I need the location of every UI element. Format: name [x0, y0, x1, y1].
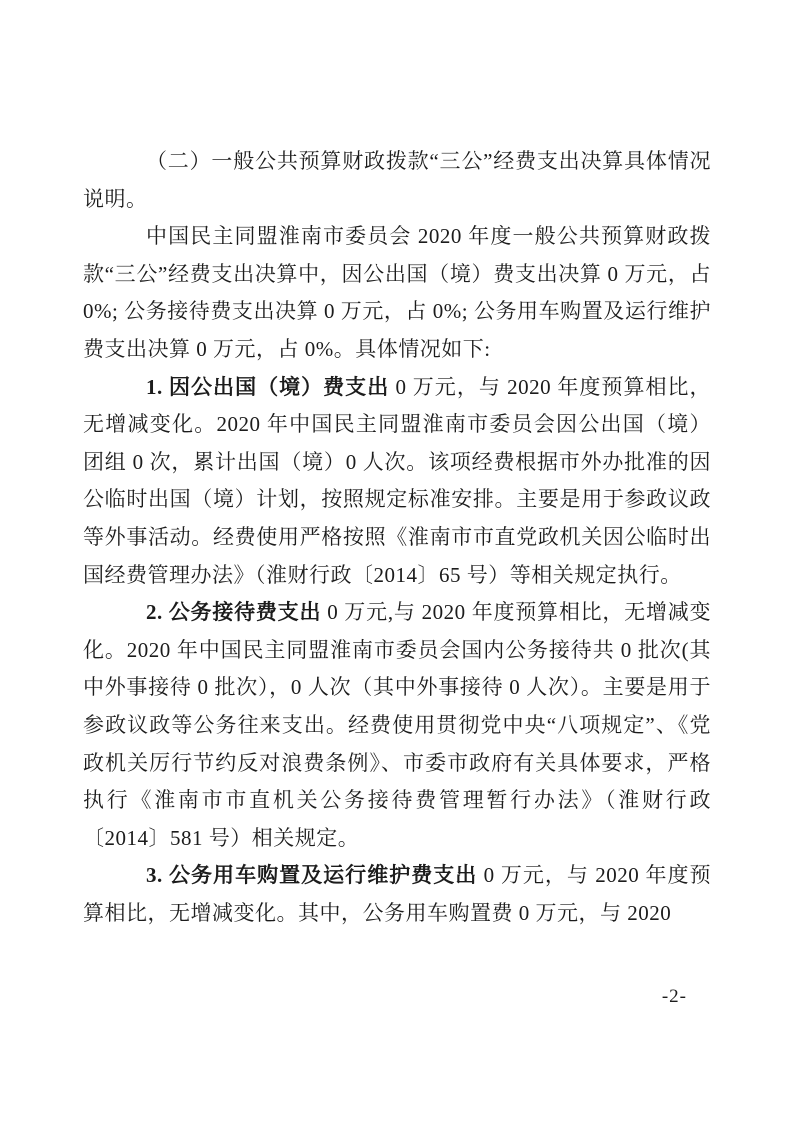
intro-paragraph: 中国民主同盟淮南市委员会 2020 年度一般公共预算财政拨款“三公”经费支出决算…	[83, 218, 711, 368]
document-body: （二）一般公共预算财政拨款“三公”经费支出决算具体情况说明。 中国民主同盟淮南市…	[83, 143, 711, 932]
item-1-lead: 1. 因公出国（境）费支出	[146, 375, 389, 399]
item-paragraph-official-vehicles: 3. 公务用车购置及运行维护费支出 0 万元，与 2020 年度预算相比，无增减…	[83, 857, 711, 932]
item-2-body: 0 万元,与 2020 年度预算相比，无增减变化。2020 年中国民主同盟淮南市…	[83, 600, 711, 850]
item-paragraph-official-reception: 2. 公务接待费支出 0 万元,与 2020 年度预算相比，无增减变化。2020…	[83, 594, 711, 857]
page-number: -2-	[662, 986, 687, 1008]
item-3-lead: 3. 公务用车购置及运行维护费支出	[146, 863, 477, 887]
section-heading: （二）一般公共预算财政拨款“三公”经费支出决算具体情况说明。	[83, 143, 711, 218]
item-2-lead: 2. 公务接待费支出	[146, 600, 321, 624]
item-1-body: 0 万元，与 2020 年度预算相比，无增减变化。2020 年中国民主同盟淮南市…	[83, 375, 711, 587]
document-page: （二）一般公共预算财政拨款“三公”经费支出决算具体情况说明。 中国民主同盟淮南市…	[0, 0, 793, 1122]
item-paragraph-outbound-trips: 1. 因公出国（境）费支出 0 万元，与 2020 年度预算相比，无增减变化。2…	[83, 369, 711, 595]
